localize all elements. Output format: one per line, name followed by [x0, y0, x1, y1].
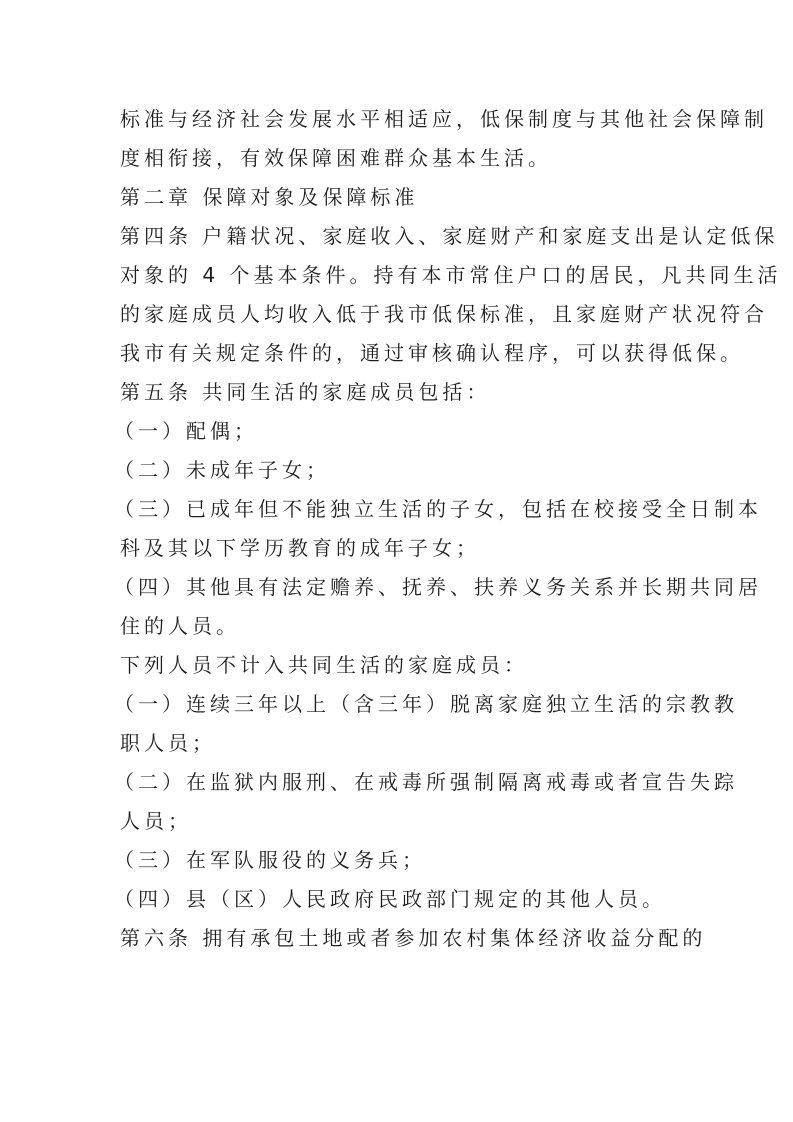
article-6-line: 第六条 拥有承包土地或者参加农村集体经济收益分配的: [120, 919, 720, 958]
document-page: 标准与经济社会发展水平相适应，低保制度与其他社会保障制 度相衔接，有效保障困难群…: [120, 100, 720, 958]
paragraph-line: 人员；: [120, 802, 720, 841]
article-5-line: 第五条 共同生活的家庭成员包括：: [120, 373, 720, 412]
article-4-line: 第四条 户籍状况、家庭收入、家庭财产和家庭支出是认定低保: [120, 217, 720, 256]
paragraph-line: 下列人员不计入共同生活的家庭成员：: [120, 646, 720, 685]
paragraph-line: 度相衔接，有效保障困难群众基本生活。: [120, 139, 720, 178]
chapter-heading: 第二章 保障对象及保障标准: [120, 178, 720, 217]
list-item: （一）配偶；: [114, 412, 720, 451]
paragraph-line: 对象的 4 个基本条件。持有本市常住户口的居民，凡共同生活: [120, 256, 720, 295]
list-item: （三）已成年但不能独立生活的子女，包括在校接受全日制本: [114, 490, 720, 529]
paragraph-line: 标准与经济社会发展水平相适应，低保制度与其他社会保障制: [120, 100, 720, 139]
list-item: （四）县（区）人民政府民政部门规定的其他人员。: [114, 880, 720, 919]
paragraph-line: 职人员；: [120, 724, 720, 763]
list-item: （二）在监狱内服刑、在戒毒所强制隔离戒毒或者宣告失踪: [114, 763, 720, 802]
list-item: （一）连续三年以上（含三年）脱离家庭独立生活的宗教教: [114, 685, 720, 724]
list-item: （二）未成年子女；: [114, 451, 720, 490]
paragraph-line: 住的人员。: [120, 607, 720, 646]
paragraph-line: 科及其以下学历教育的成年子女；: [120, 529, 720, 568]
paragraph-line: 我市有关规定条件的，通过审核确认程序，可以获得低保。: [120, 334, 720, 373]
list-item: （四）其他具有法定赡养、抚养、扶养义务关系并长期共同居: [114, 568, 720, 607]
list-item: （三）在军队服役的义务兵；: [114, 841, 720, 880]
paragraph-line: 的家庭成员人均收入低于我市低保标准，且家庭财产状况符合: [120, 295, 720, 334]
